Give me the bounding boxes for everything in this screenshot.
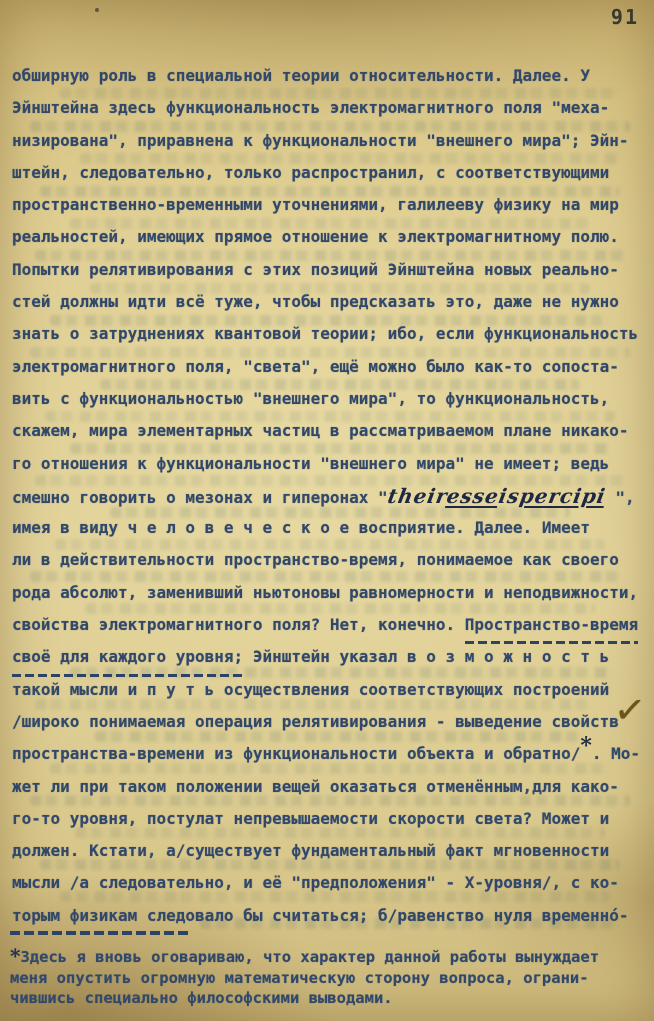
line-text: Эйнштейна здесь функциональность электро… xyxy=(12,98,609,117)
margin-checkmark-annotation: ✓ xyxy=(612,686,648,733)
text-line: мысли /а следовательно, и её "предположе… xyxy=(12,867,648,899)
footnote-line: *Здесь я вновь оговариваю, что характер … xyxy=(10,946,650,968)
line-text: стей должны идти всё туже, чтобы предска… xyxy=(12,292,619,311)
text-line: должен. Кстати, а/существует фундаментал… xyxy=(12,835,648,867)
line-text: вить с функциональностью "внешнего мира"… xyxy=(12,389,609,408)
scanned-document-page: 91 обширную роль в специальной теории от… xyxy=(0,0,654,1021)
text-line: Эйнштейна здесь функциональность электро… xyxy=(12,92,648,124)
text-line: штейн, следовательно, только распростран… xyxy=(12,157,648,189)
text-line: низирована", приравнена к функциональнос… xyxy=(12,125,648,157)
line-text: Попытки релятивирования с этих позиций Э… xyxy=(12,260,619,279)
footnote-marker: * xyxy=(10,944,20,968)
text-line: /широко понимаемая операция релятивирова… xyxy=(12,706,648,738)
text-line: жет ли при таком положении вещей оказать… xyxy=(12,771,648,803)
text-line: Попытки релятивирования с этих позиций Э… xyxy=(12,254,648,286)
text-line: такой мысли и п у т ь осуществления соот… xyxy=(12,674,648,706)
dash-underlined-phrase: Пространство-время xyxy=(465,609,638,641)
text-line: го отношения к функциональности "внешнег… xyxy=(12,448,648,480)
page-number: 91 xyxy=(611,5,639,29)
paper-speck xyxy=(95,8,99,12)
text-line: пространственно-временными уточнениями, … xyxy=(12,189,648,221)
text-line: стей должны идти всё туже, чтобы предска… xyxy=(12,286,648,318)
text-line: обширную роль в специальной теории относ… xyxy=(12,60,648,92)
line-text: ", xyxy=(606,488,635,507)
letterspaced-emphasis: в о з м о ж н о с т ь xyxy=(407,647,609,666)
typed-body-text: обширную роль в специальной теории относ… xyxy=(12,60,648,932)
footnote-text: чившись специально философскими выводами… xyxy=(10,989,393,1007)
line-text: свойства электромагнитного поля? Нет, ко… xyxy=(12,615,465,634)
text-line: го-то уровня, постулат непревышаемости с… xyxy=(12,803,648,835)
line-text: рода абсолют, заменивший ньютоновы равно… xyxy=(12,583,638,602)
line-text: пространственно-временными уточнениями, … xyxy=(12,195,619,214)
letterspaced-emphasis: ч е л о в е ч е с к о е xyxy=(128,518,350,537)
text-line: рода абсолют, заменивший ньютоновы равно… xyxy=(12,577,648,609)
text-line: реальностей, имеющих прямое отношение к … xyxy=(12,221,648,253)
footnote-block: *Здесь я вновь оговариваю, что характер … xyxy=(10,946,650,1009)
line-text: обширную роль в специальной теории относ… xyxy=(12,66,590,85)
text-line-with-asterisk: пространства-времени из функциональности… xyxy=(12,738,648,770)
line-text: пространства-времени из функциональности… xyxy=(12,744,580,763)
line-text: штейн, следовательно, только распростран… xyxy=(12,163,609,182)
line-text: Эйнштейн указал xyxy=(243,647,407,666)
text-line: свойства электромагнитного поля? Нет, ко… xyxy=(12,609,648,641)
line-text: должен. Кстати, а/существует фундаментал… xyxy=(12,841,609,860)
footnote-line: меня опустить огромную математическую ст… xyxy=(10,968,650,989)
line-text: знать о затруднениях квантовой теории; и… xyxy=(12,324,638,343)
line-text: жет ли при таком положении вещей оказать… xyxy=(12,777,619,796)
line-text: /широко понимаемая операция релятивирова… xyxy=(12,712,619,731)
text-line-with-handwriting: смешно говорить о мезонах и гиперонах "t… xyxy=(12,480,648,512)
text-line: торым физикам следовало бы считаться; б/… xyxy=(12,900,648,932)
text-line: имея в виду ч е л о в е ч е с к о е восп… xyxy=(12,512,648,544)
footnote-text: Здесь я вновь оговариваю, что характер д… xyxy=(20,948,599,966)
text-line: электромагнитного поля, "света", ещё мож… xyxy=(12,351,648,383)
line-text: го-то уровня, постулат непревышаемости с… xyxy=(12,809,609,828)
line-text: реальностей, имеющих прямое отношение к … xyxy=(12,227,619,246)
handwritten-asterisk: * xyxy=(580,733,592,759)
line-text: . Мо- xyxy=(592,744,640,763)
text-line: своё для каждого уровня; Эйнштейн указал… xyxy=(12,641,648,673)
line-text: скажем, мира элементарных частиц в рассм… xyxy=(12,421,629,440)
text-line: скажем, мира элементарных частиц в рассм… xyxy=(12,415,648,447)
line-text: мысли /а следовательно, и её "предположе… xyxy=(12,873,619,892)
dash-underlined-phrase: своё для каждого уровня; xyxy=(12,641,243,673)
line-text: смешно говорить о мезонах и гиперонах " xyxy=(12,488,388,507)
text-line: знать о затруднениях квантовой теории; и… xyxy=(12,318,648,350)
line-text: ли в действительности пространство-время… xyxy=(12,550,619,569)
footnote-text: меня опустить огромную математическую ст… xyxy=(10,969,589,987)
line-text: электромагнитного поля, "света", ещё мож… xyxy=(12,357,619,376)
text-line: вить с функциональностью "внешнего мира"… xyxy=(12,383,648,415)
footnote-line: чившись специально философскими выводами… xyxy=(10,988,650,1009)
line-text: восприятие. Далее. Имеет xyxy=(349,518,590,537)
line-text: торым физикам следовало бы считаться; б/… xyxy=(12,906,629,925)
line-text: го отношения к функциональности "внешнег… xyxy=(12,454,609,473)
line-text: такой мысли и xyxy=(12,680,147,699)
line-text: имея в виду xyxy=(12,518,128,537)
line-text: низирована", приравнена к функциональнос… xyxy=(12,131,629,150)
line-text: осуществления соответствующих построений xyxy=(214,680,609,699)
handwritten-latin-phrase-underlined: percipi xyxy=(517,480,608,512)
text-line: ли в действительности пространство-время… xyxy=(12,544,648,576)
handwritten-latin-phrase-underlined: esse xyxy=(444,480,502,512)
footnote-separator-line xyxy=(10,931,188,935)
letterspaced-emphasis: п у т ь xyxy=(147,680,214,699)
handwritten-latin-phrase: their xyxy=(385,480,450,512)
